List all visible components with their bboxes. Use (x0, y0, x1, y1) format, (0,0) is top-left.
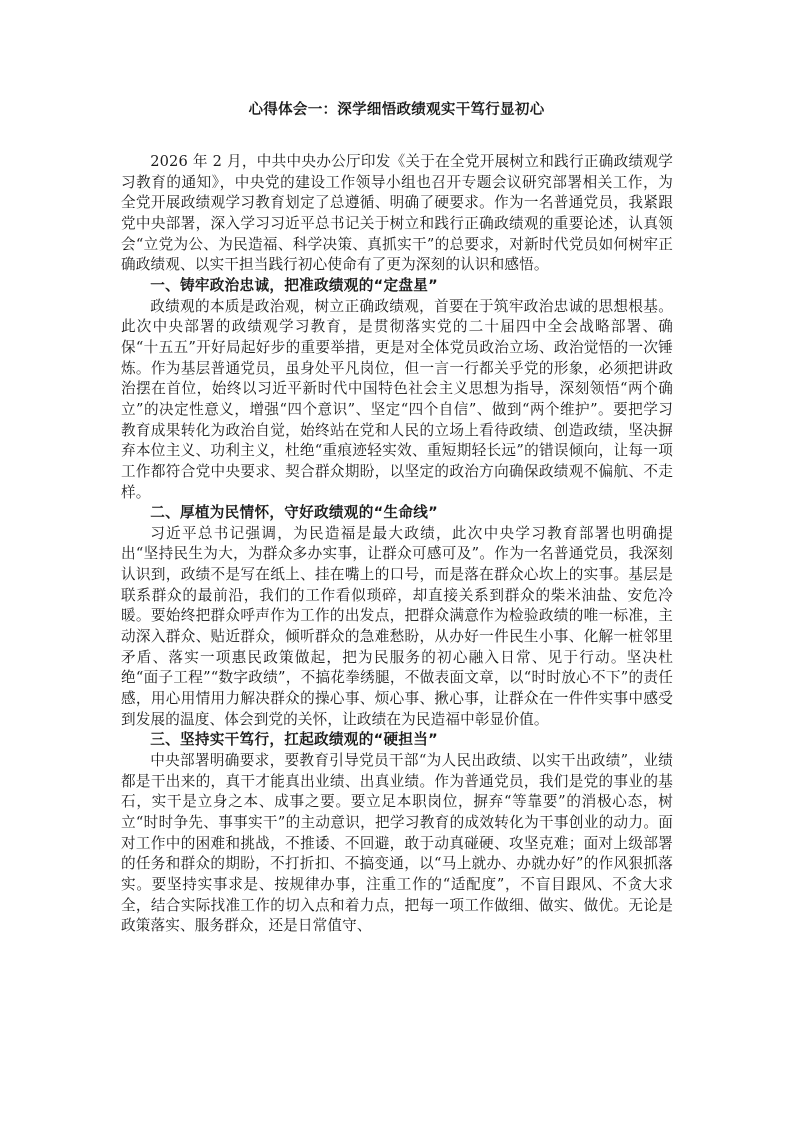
document-title: 心得体会一：深学细悟政绩观实干笃行显初心 (0, 98, 793, 119)
section-heading-3: 三、坚持实干笃行，扛起政绩观的“硬担当” (121, 730, 673, 751)
section-paragraph-1: 政绩观的本质是政治观，树立正确政绩观，首要在于筑牢政治忠诚的思想根基。此次中央部… (121, 297, 673, 504)
section-paragraph-2: 习近平总书记强调，为民造福是最大政绩，此次中央学习教育部署也明确提出“坚持民生为… (121, 524, 673, 731)
document-page: 心得体会一：深学细悟政绩观实干笃行显初心 2026 年 2 月，中共中央办公厅印… (0, 0, 793, 1122)
section-paragraph-3: 中央部署明确要求，要教育引导党员干部“为人民出政绩、以实干出政绩”，业绩都是干出… (121, 751, 673, 937)
intro-paragraph: 2026 年 2 月，中共中央办公厅印发《关于在全党开展树立和践行正确政绩观学习… (121, 152, 673, 276)
document-body: 2026 年 2 月，中共中央办公厅印发《关于在全党开展树立和践行正确政绩观学习… (121, 152, 673, 937)
section-heading-1: 一、铸牢政治忠诚，把准政绩观的“定盘星” (121, 276, 673, 297)
section-heading-2: 二、厚植为民情怀，守好政绩观的“生命线” (121, 503, 673, 524)
